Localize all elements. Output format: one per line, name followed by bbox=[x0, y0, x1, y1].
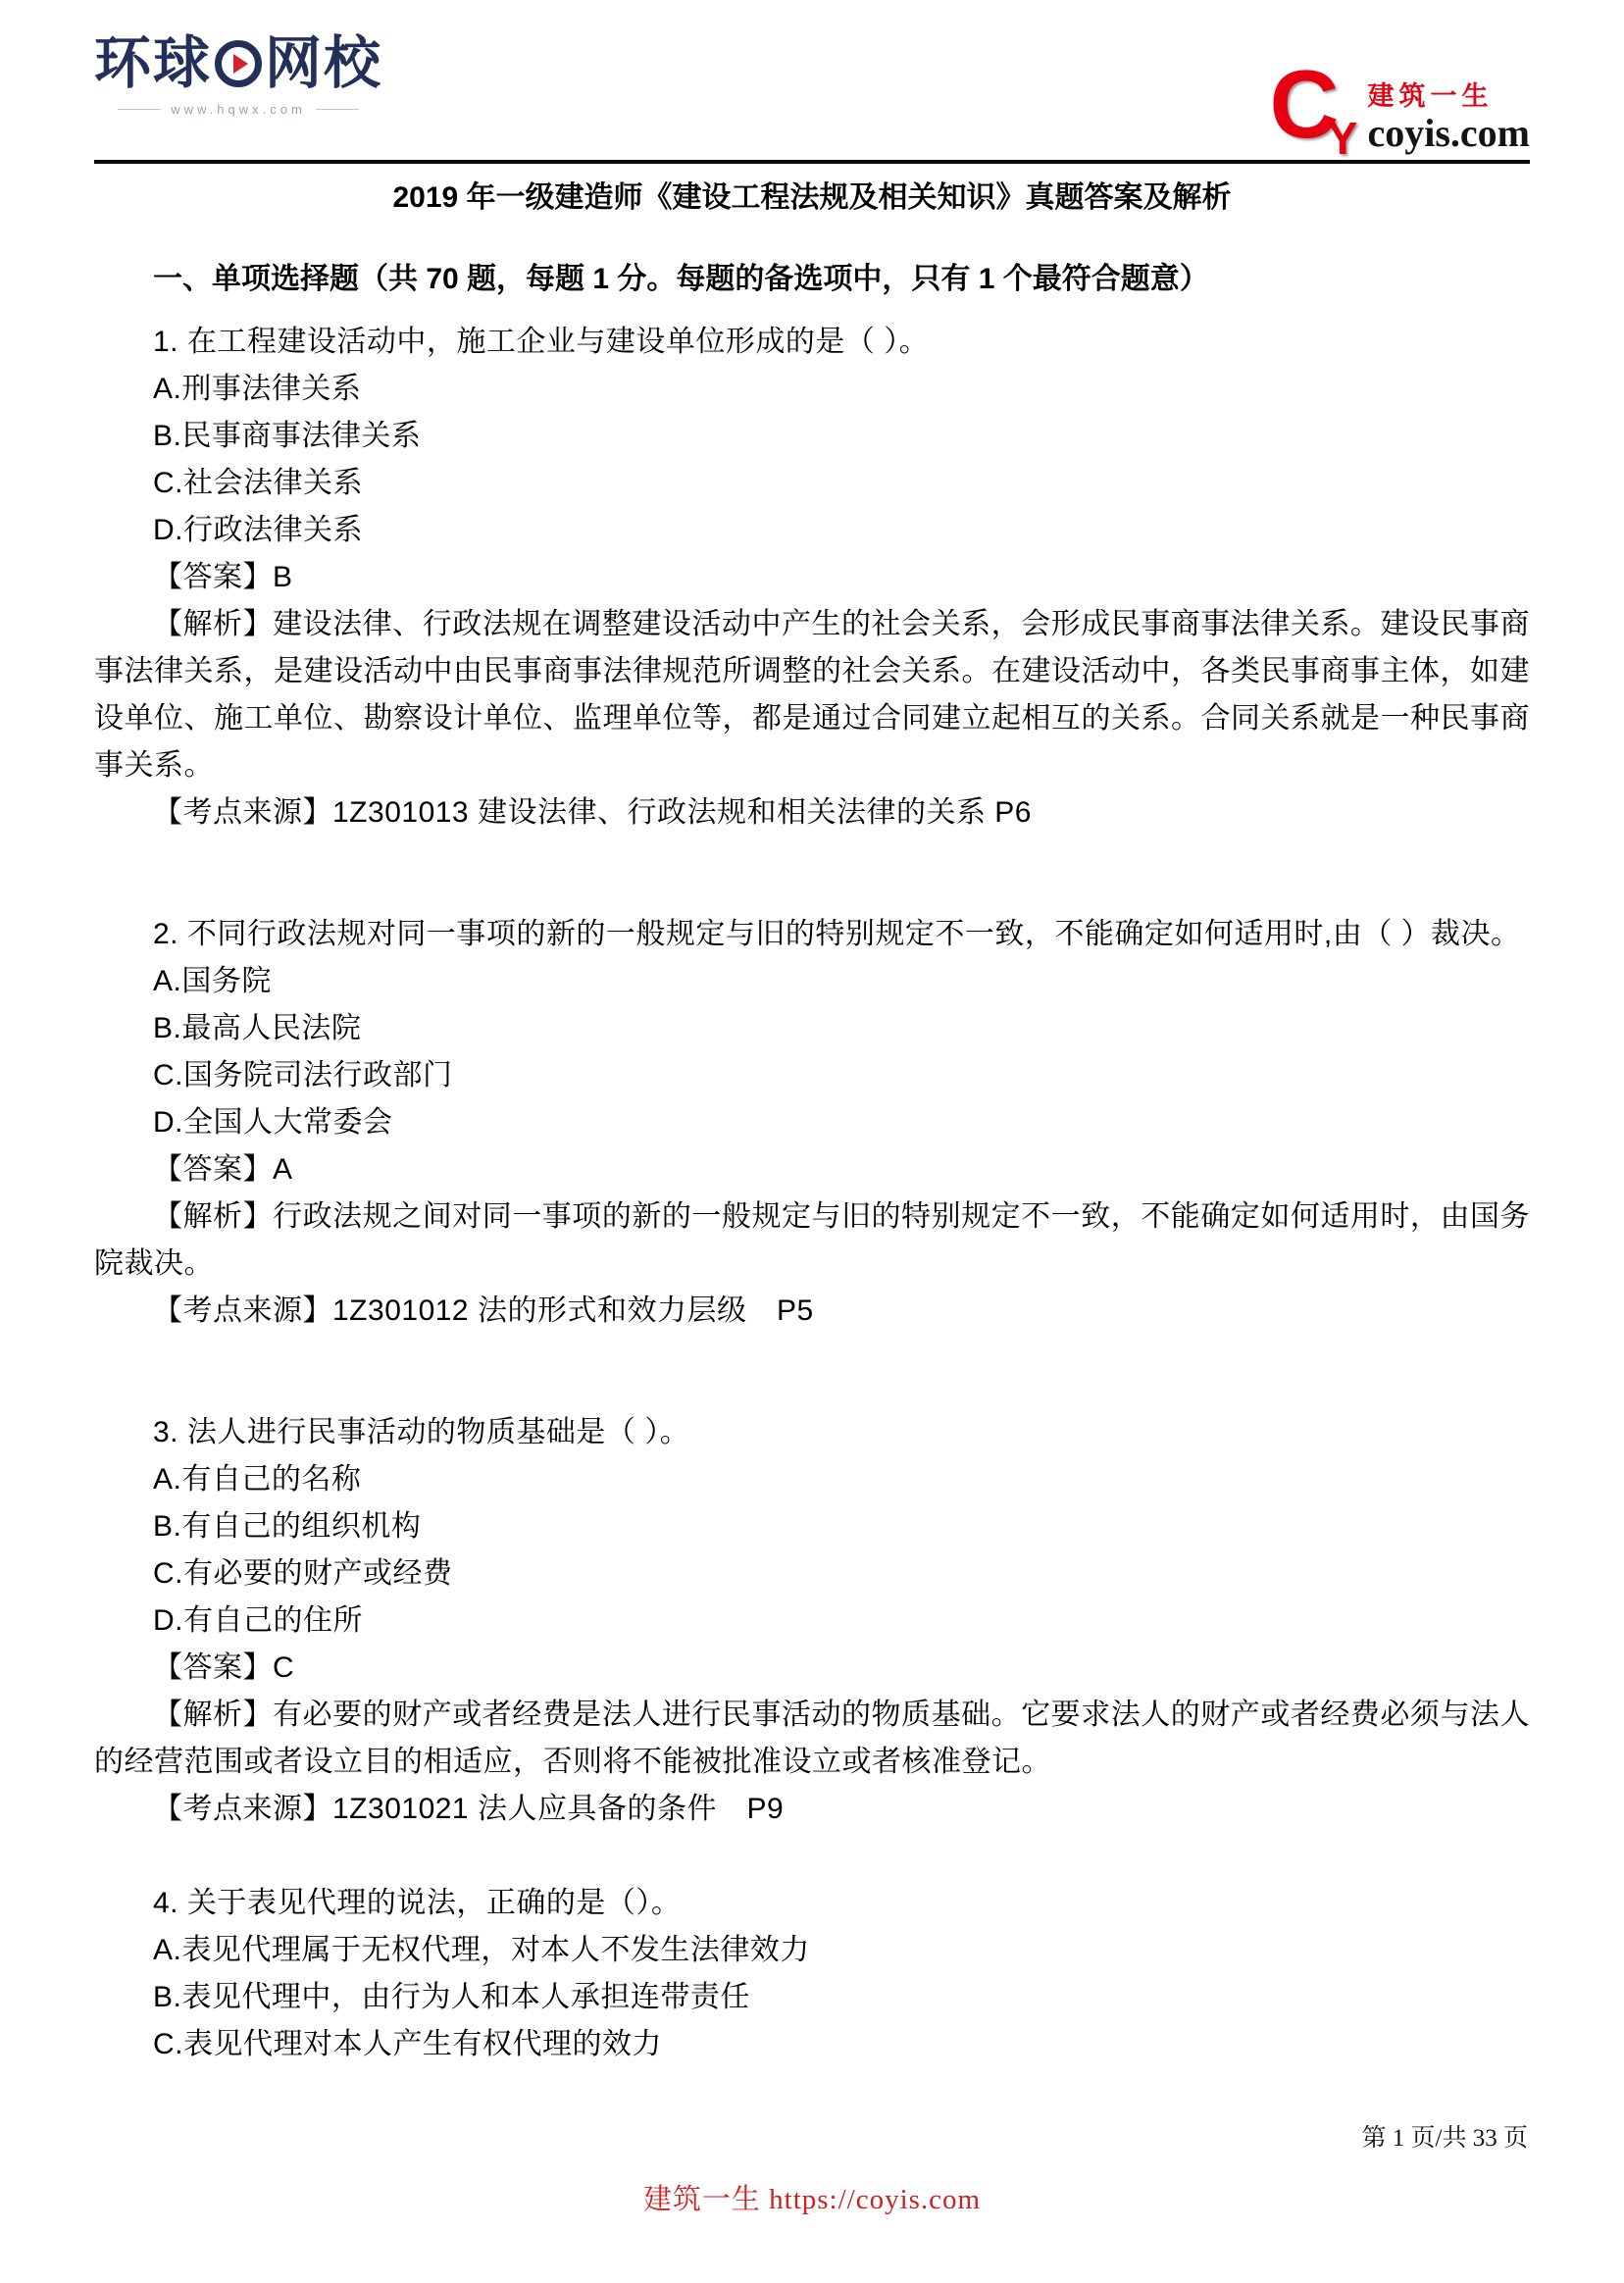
option-c: C.国务院司法行政部门 bbox=[94, 1052, 1530, 1099]
analysis-paragraph: 【解析】建设法律、行政法规在调整建设活动中产生的社会关系，会形成民事商事法律关系… bbox=[94, 601, 1530, 789]
option-c: C.表见代理对本人产生有权代理的效力 bbox=[94, 2021, 1530, 2068]
hqwx-logo-text-left: 环球 bbox=[94, 35, 212, 92]
divider-line bbox=[118, 109, 161, 110]
hqwx-logo-url: www.hqwx.com bbox=[118, 102, 359, 117]
page-title: 2019 年一级建造师《建设工程法规及相关知识》真题答案及解析 bbox=[0, 179, 1624, 217]
divider-line bbox=[316, 109, 359, 110]
monogram-letter-y: Y bbox=[1328, 112, 1358, 165]
analysis-paragraph: 【解析】行政法规之间对同一事项的新的一般规定与旧的特别规定不一致，不能确定如何适… bbox=[94, 1193, 1530, 1288]
option-a: A.表见代理属于无权代理，对本人不发生法律效力 bbox=[94, 1927, 1530, 1974]
hqwx-logo-text-right: 网校 bbox=[265, 35, 382, 92]
document-body: 1. 在工程建设活动中，施工企业与建设单位形成的是（ ）。 A.刑事法律关系 B… bbox=[94, 319, 1530, 2068]
hqwx-logo-wordmark: 环球 网校 bbox=[94, 35, 382, 92]
option-c: C.社会法律关系 bbox=[94, 460, 1530, 507]
answer-line: 【答案】C bbox=[94, 1645, 1530, 1692]
option-d: D.全国人大常委会 bbox=[94, 1099, 1530, 1146]
answer-line: 【答案】B bbox=[94, 554, 1530, 601]
option-b: B.有自己的组织机构 bbox=[94, 1503, 1530, 1550]
header-divider bbox=[94, 160, 1530, 164]
play-icon bbox=[215, 40, 262, 87]
hqwx-logo: 环球 网校 www.hqwx.com bbox=[94, 35, 382, 117]
footer-watermark: 建筑一生 https://coyis.com bbox=[0, 2177, 1624, 2217]
option-d: D.有自己的住所 bbox=[94, 1598, 1530, 1645]
answer-line: 【答案】A bbox=[94, 1146, 1530, 1193]
question-3: 3. 法人进行民事活动的物质基础是（ ）。 A.有自己的名称 B.有自己的组织机… bbox=[94, 1409, 1530, 1833]
question-2: 2. 不同行政法规对同一事项的新的一般规定与旧的特别规定不一致，不能确定如何适用… bbox=[94, 911, 1530, 1335]
source-line: 【考点来源】1Z301013 建设法律、行政法规和相关法律的关系 P6 bbox=[94, 789, 1530, 837]
source-line: 【考点来源】1Z301012 法的形式和效力层级 P5 bbox=[94, 1288, 1530, 1335]
play-triangle-icon bbox=[233, 54, 248, 74]
option-c: C.有必要的财产或经费 bbox=[94, 1550, 1530, 1598]
option-b: B.最高人民法院 bbox=[94, 1005, 1530, 1052]
source-line: 【考点来源】1Z301021 法人应具备的条件 P9 bbox=[94, 1786, 1530, 1833]
option-a: A.有自己的名称 bbox=[94, 1456, 1530, 1503]
option-d: D.行政法律关系 bbox=[94, 507, 1530, 554]
question-4: 4. 关于表见代理的说法，正确的是（）。 A.表见代理属于无权代理，对本人不发生… bbox=[94, 1880, 1530, 2068]
question-stem: 1. 在工程建设活动中，施工企业与建设单位形成的是（ ）。 bbox=[94, 319, 1530, 366]
option-b: B.表见代理中，由行为人和本人承担连带责任 bbox=[94, 1974, 1530, 2021]
cy-monogram-icon: C Y bbox=[1269, 59, 1353, 157]
analysis-paragraph: 【解析】有必要的财产或者经费是法人进行民事活动的物质基础。它要求法人的财产或者经… bbox=[94, 1692, 1530, 1786]
coyis-domain: coyis.com bbox=[1367, 112, 1530, 155]
option-b: B.民事商事法律关系 bbox=[94, 413, 1530, 460]
hqwx-url-text: www.hqwx.com bbox=[171, 102, 306, 117]
section-heading: 一、单项选择题（共 70 题，每题 1 分。每题的备选项中，只有 1 个最符合题… bbox=[94, 260, 1530, 299]
question-stem: 4. 关于表见代理的说法，正确的是（）。 bbox=[94, 1880, 1530, 1927]
page-number: 第 1 页/共 33 页 bbox=[1362, 2118, 1528, 2154]
option-a: A.刑事法律关系 bbox=[94, 366, 1530, 413]
coyis-logo: C Y 建筑一生 coyis.com bbox=[1269, 35, 1530, 157]
coyis-brand-name: 建筑一生 bbox=[1367, 80, 1530, 112]
question-stem: 3. 法人进行民事活动的物质基础是（ ）。 bbox=[94, 1409, 1530, 1456]
coyis-logo-text: 建筑一生 coyis.com bbox=[1367, 80, 1530, 157]
page-header: 环球 网校 www.hqwx.com C Y 建筑一生 coyis.com bbox=[0, 0, 1624, 160]
question-1: 1. 在工程建设活动中，施工企业与建设单位形成的是（ ）。 A.刑事法律关系 B… bbox=[94, 319, 1530, 837]
option-a: A.国务院 bbox=[94, 958, 1530, 1005]
question-stem: 2. 不同行政法规对同一事项的新的一般规定与旧的特别规定不一致，不能确定如何适用… bbox=[94, 911, 1530, 958]
